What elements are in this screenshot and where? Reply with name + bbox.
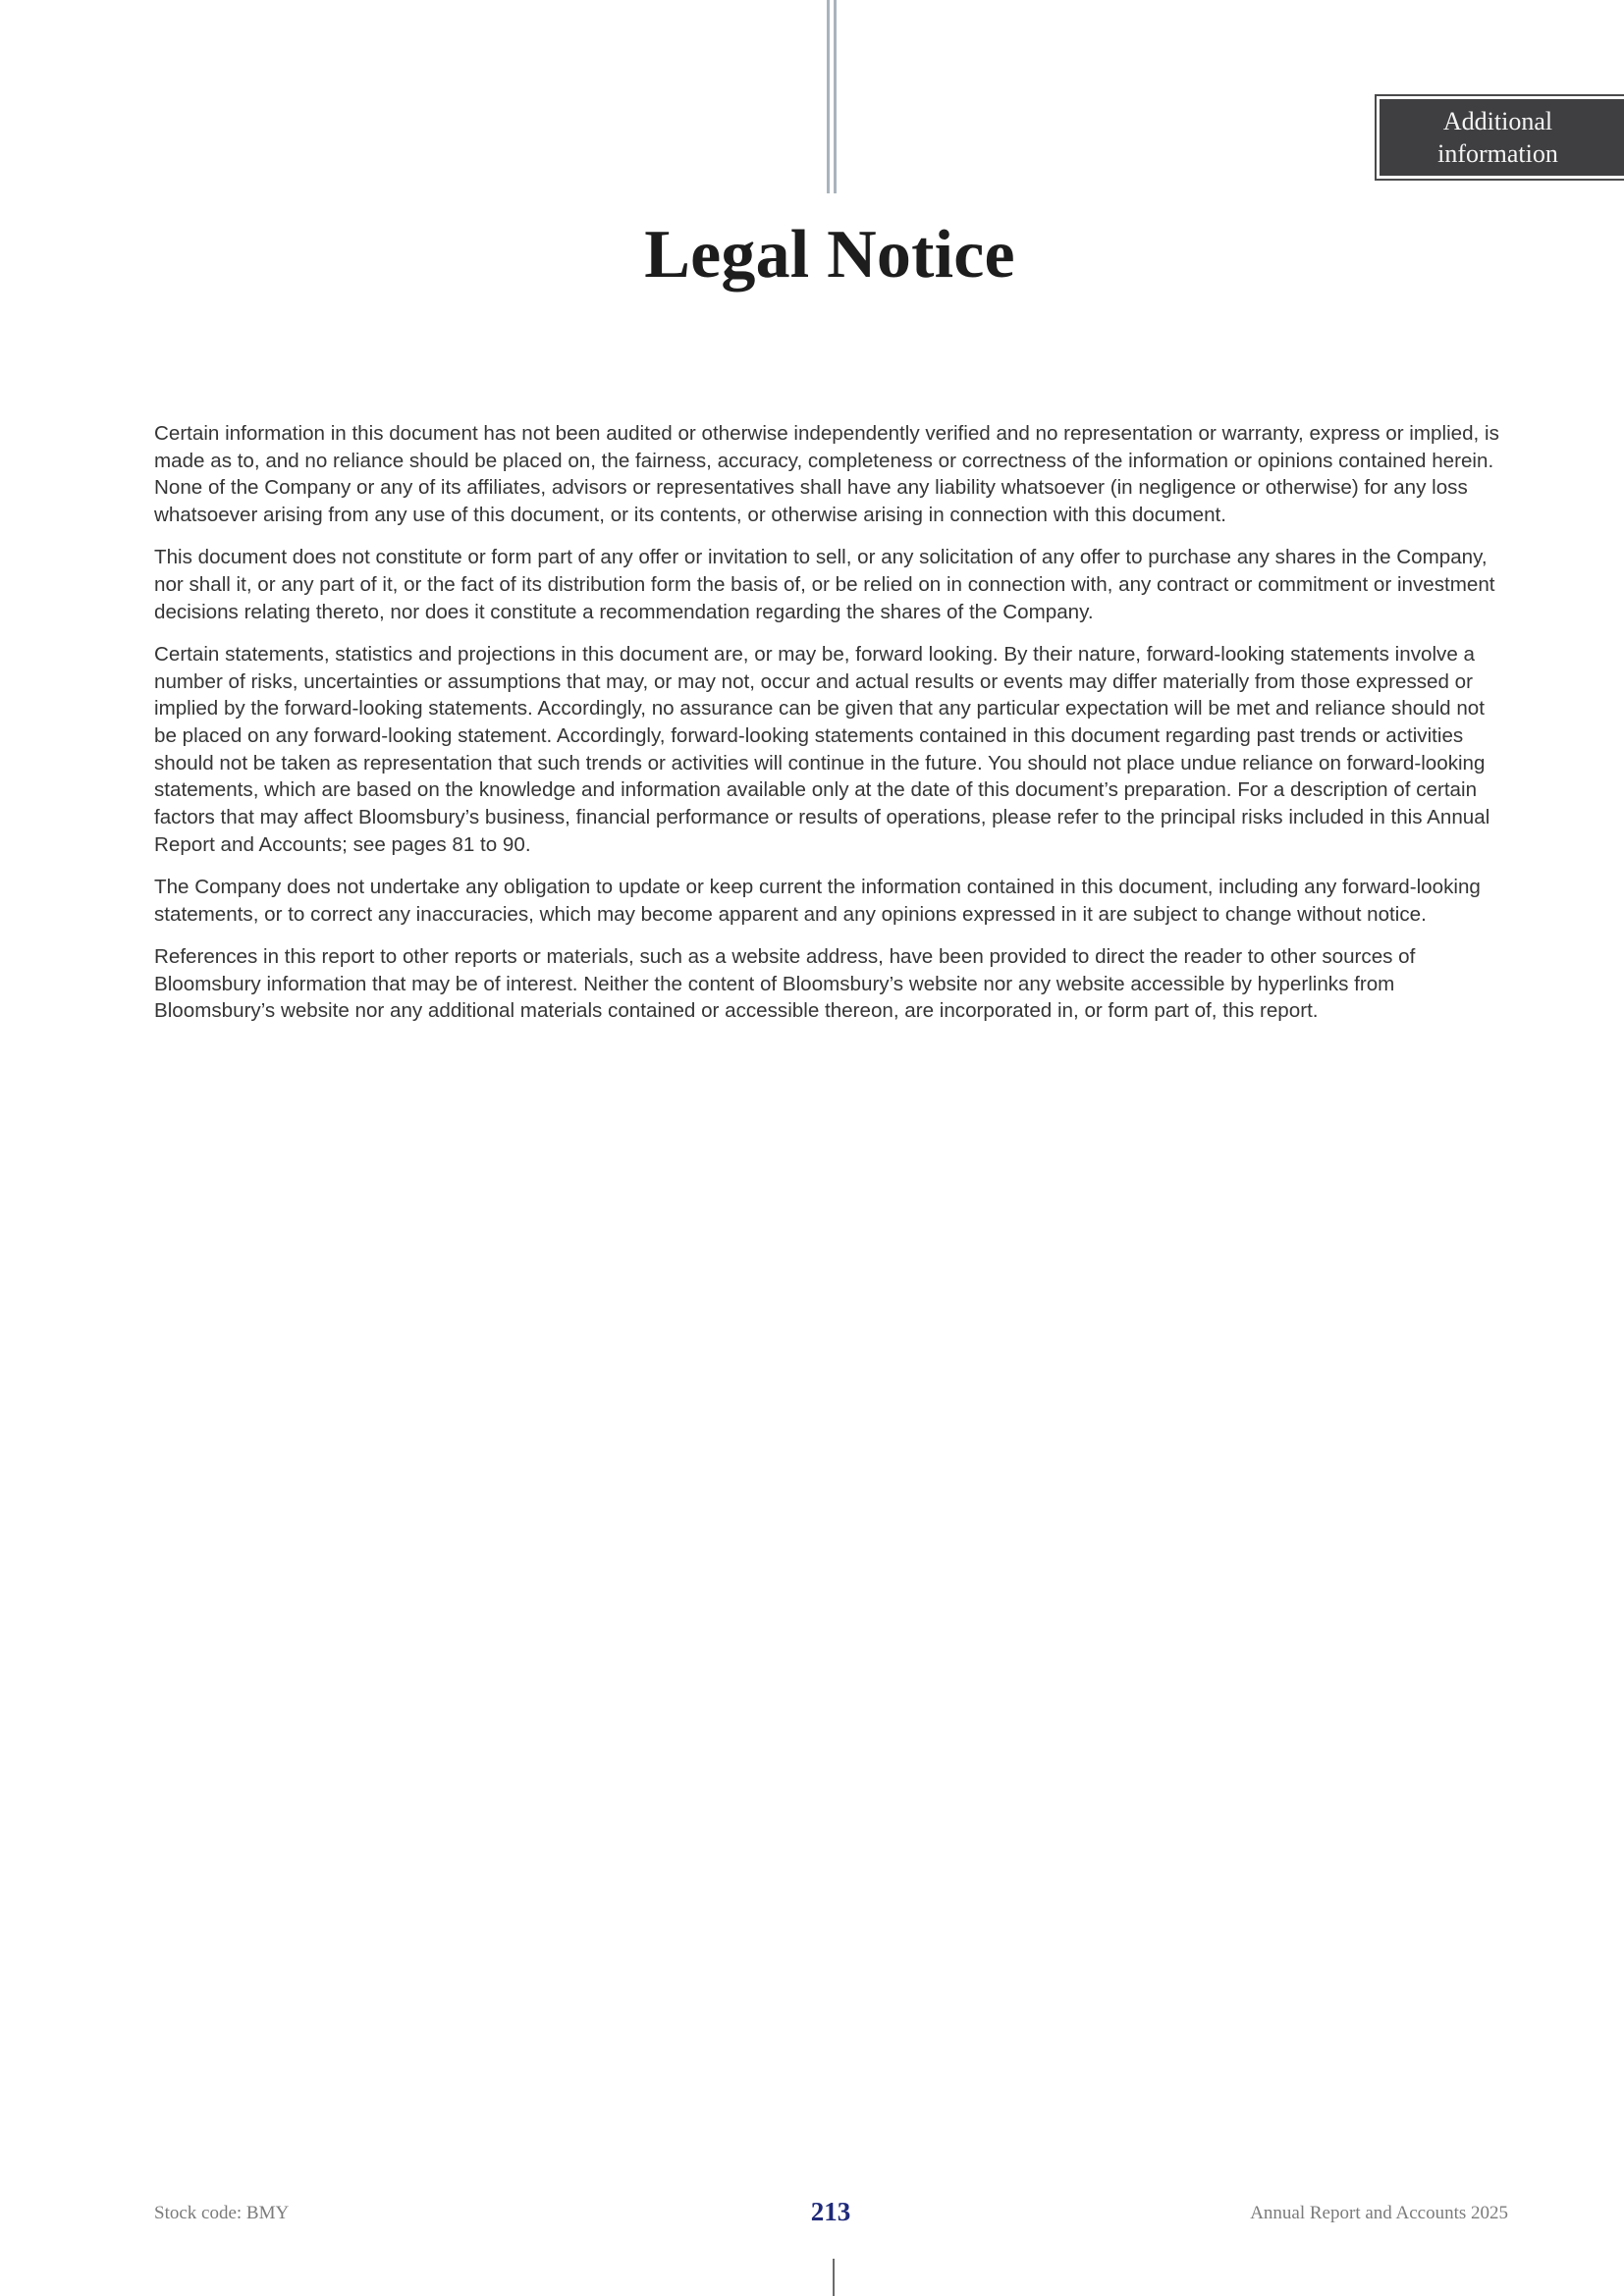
section-tab-label: Additional information [1380, 99, 1624, 176]
legal-notice-body: Certain information in this document has… [154, 420, 1501, 1041]
top-divider-line-left [827, 0, 830, 193]
paragraph-references: References in this report to other repor… [154, 943, 1501, 1025]
paragraph-no-obligation: The Company does not undertake any oblig… [154, 874, 1501, 928]
section-tab-additional-information[interactable]: Additional information [1375, 94, 1624, 181]
paragraph-no-offer: This document does not constitute or for… [154, 544, 1501, 625]
paragraph-disclaimer-accuracy: Certain information in this document has… [154, 420, 1501, 529]
paragraph-forward-looking: Certain statements, statistics and proje… [154, 641, 1501, 859]
footer-report-name: Annual Report and Accounts 2025 [1250, 2203, 1508, 2224]
section-tab-line2: information [1380, 137, 1616, 170]
page-title: Legal Notice [0, 214, 1624, 296]
section-tab-line1: Additional [1380, 105, 1616, 137]
top-divider-line-right [834, 0, 837, 193]
bottom-divider-line [833, 2259, 835, 2296]
